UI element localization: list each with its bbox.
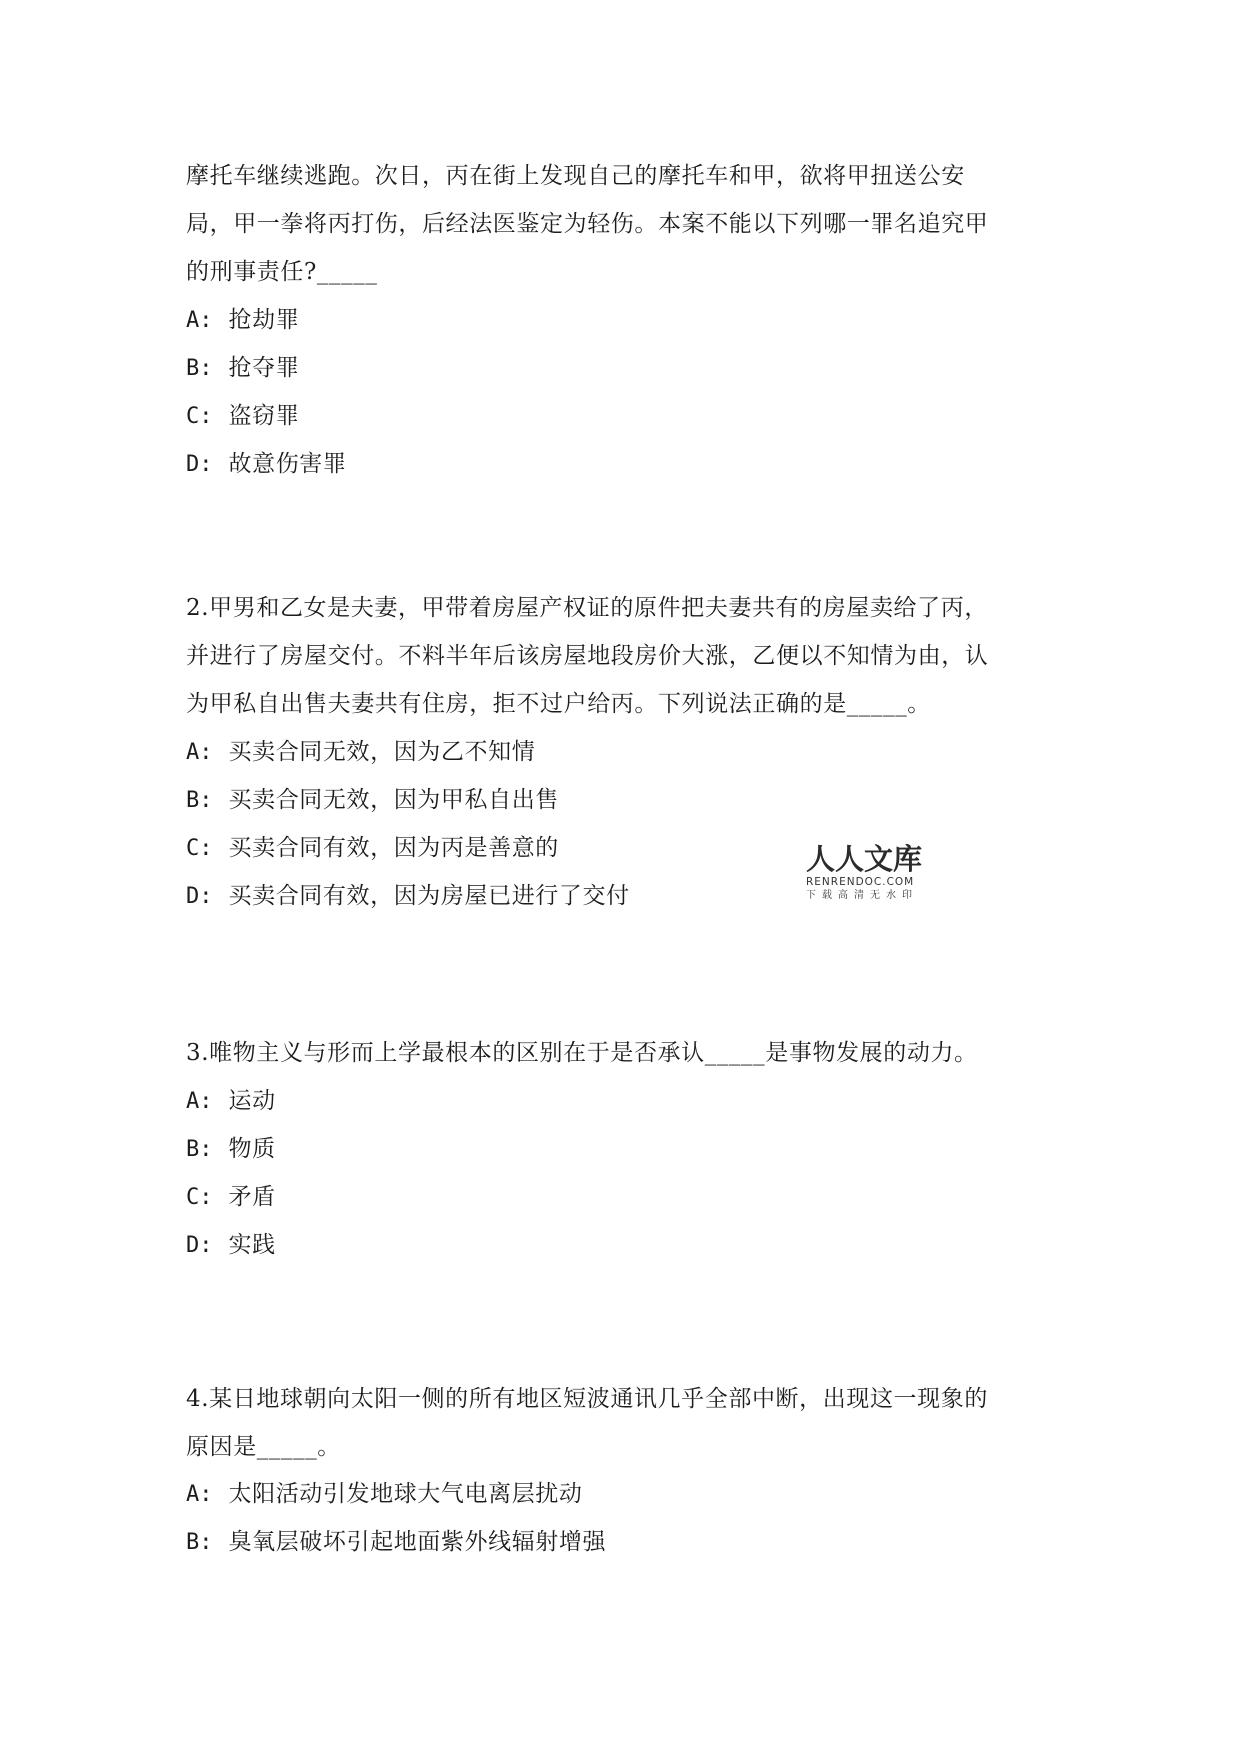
option-b: B:臭氧层破坏引起地面紫外线辐射增强 [186, 1524, 606, 1560]
option-text: 买卖合同无效，因为甲私自出售 [229, 787, 559, 813]
option-b: B:抢夺罪 [186, 350, 299, 386]
option-letter: D: [186, 452, 213, 477]
option-letter: A: [186, 740, 213, 765]
watermark-domain: RENRENDOC.COM [806, 876, 930, 889]
option-c: C:盗窃罪 [186, 398, 299, 434]
option-text: 买卖合同无效，因为乙不知情 [229, 739, 536, 765]
option-text: 运动 [229, 1088, 276, 1114]
option-b: B:物质 [186, 1131, 276, 1167]
option-text: 抢夺罪 [229, 355, 300, 381]
option-text: 盗窃罪 [229, 403, 300, 429]
watermark-logo: 人人文库 RENRENDOC.COM 下载高清无水印 [806, 842, 930, 903]
option-letter: D: [186, 1233, 213, 1258]
option-c: C:买卖合同有效，因为丙是善意的 [186, 830, 559, 866]
option-letter: C: [186, 404, 213, 429]
option-text: 物质 [229, 1136, 276, 1162]
option-b: B:买卖合同无效，因为甲私自出售 [186, 782, 559, 818]
option-text: 抢劫罪 [229, 307, 300, 333]
option-text: 实践 [229, 1232, 276, 1258]
question-stem-line: 的刑事责任?_____ [186, 254, 377, 290]
option-text: 买卖合同有效，因为丙是善意的 [229, 835, 559, 861]
option-letter: C: [186, 1185, 213, 1210]
option-letter: A: [186, 1089, 213, 1114]
question-stem-line: 3.唯物主义与形而上学最根本的区别在于是否承认_____是事物发展的动力。 [186, 1035, 978, 1071]
option-a: A:抢劫罪 [186, 302, 299, 338]
question-stem-line: 并进行了房屋交付。不料半年后该房屋地段房价大涨，乙便以不知情为由，认 [186, 638, 988, 674]
option-letter: A: [186, 1482, 213, 1507]
option-text: 太阳活动引发地球大气电离层扰动 [229, 1481, 583, 1507]
question-stem-line: 局，甲一拳将丙打伤，后经法医鉴定为轻伤。本案不能以下列哪一罪名追究甲 [186, 206, 988, 242]
option-letter: B: [186, 788, 213, 813]
option-a: A:太阳活动引发地球大气电离层扰动 [186, 1476, 583, 1512]
option-c: C:矛盾 [186, 1179, 276, 1215]
option-text: 臭氧层破坏引起地面紫外线辐射增强 [229, 1529, 607, 1555]
option-text: 故意伤害罪 [229, 451, 347, 477]
option-a: A:买卖合同无效，因为乙不知情 [186, 734, 535, 770]
option-letter: D: [186, 884, 213, 909]
question-stem-line: 2.甲男和乙女是夫妻，甲带着房屋产权证的原件把夫妻共有的房屋卖给了丙， [186, 590, 988, 626]
option-text: 买卖合同有效，因为房屋已进行了交付 [229, 883, 630, 909]
option-letter: A: [186, 308, 213, 333]
option-text: 矛盾 [229, 1184, 276, 1210]
option-d: D:故意伤害罪 [186, 446, 347, 482]
question-stem-line: 4.某日地球朝向太阳一侧的所有地区短波通讯几乎全部中断，出现这一现象的 [186, 1381, 988, 1417]
question-stem-line: 为甲私自出售夫妻共有住房，拒不过户给丙。下列说法正确的是_____。 [186, 686, 931, 722]
option-d: D:买卖合同有效，因为房屋已进行了交付 [186, 878, 630, 914]
question-stem-line: 摩托车继续逃跑。次日，丙在街上发现自己的摩托车和甲，欲将甲扭送公安 [186, 158, 965, 194]
option-letter: B: [186, 1137, 213, 1162]
question-stem-line: 原因是_____。 [186, 1429, 341, 1465]
option-d: D:实践 [186, 1227, 276, 1263]
watermark-tagline: 下载高清无水印 [806, 889, 930, 903]
option-letter: B: [186, 1530, 213, 1555]
document-page: 摩托车继续逃跑。次日，丙在街上发现自己的摩托车和甲，欲将甲扭送公安 局，甲一拳将… [0, 0, 1240, 1753]
option-a: A:运动 [186, 1083, 276, 1119]
option-letter: B: [186, 356, 213, 381]
option-letter: C: [186, 836, 213, 861]
watermark-title: 人人文库 [806, 842, 930, 876]
